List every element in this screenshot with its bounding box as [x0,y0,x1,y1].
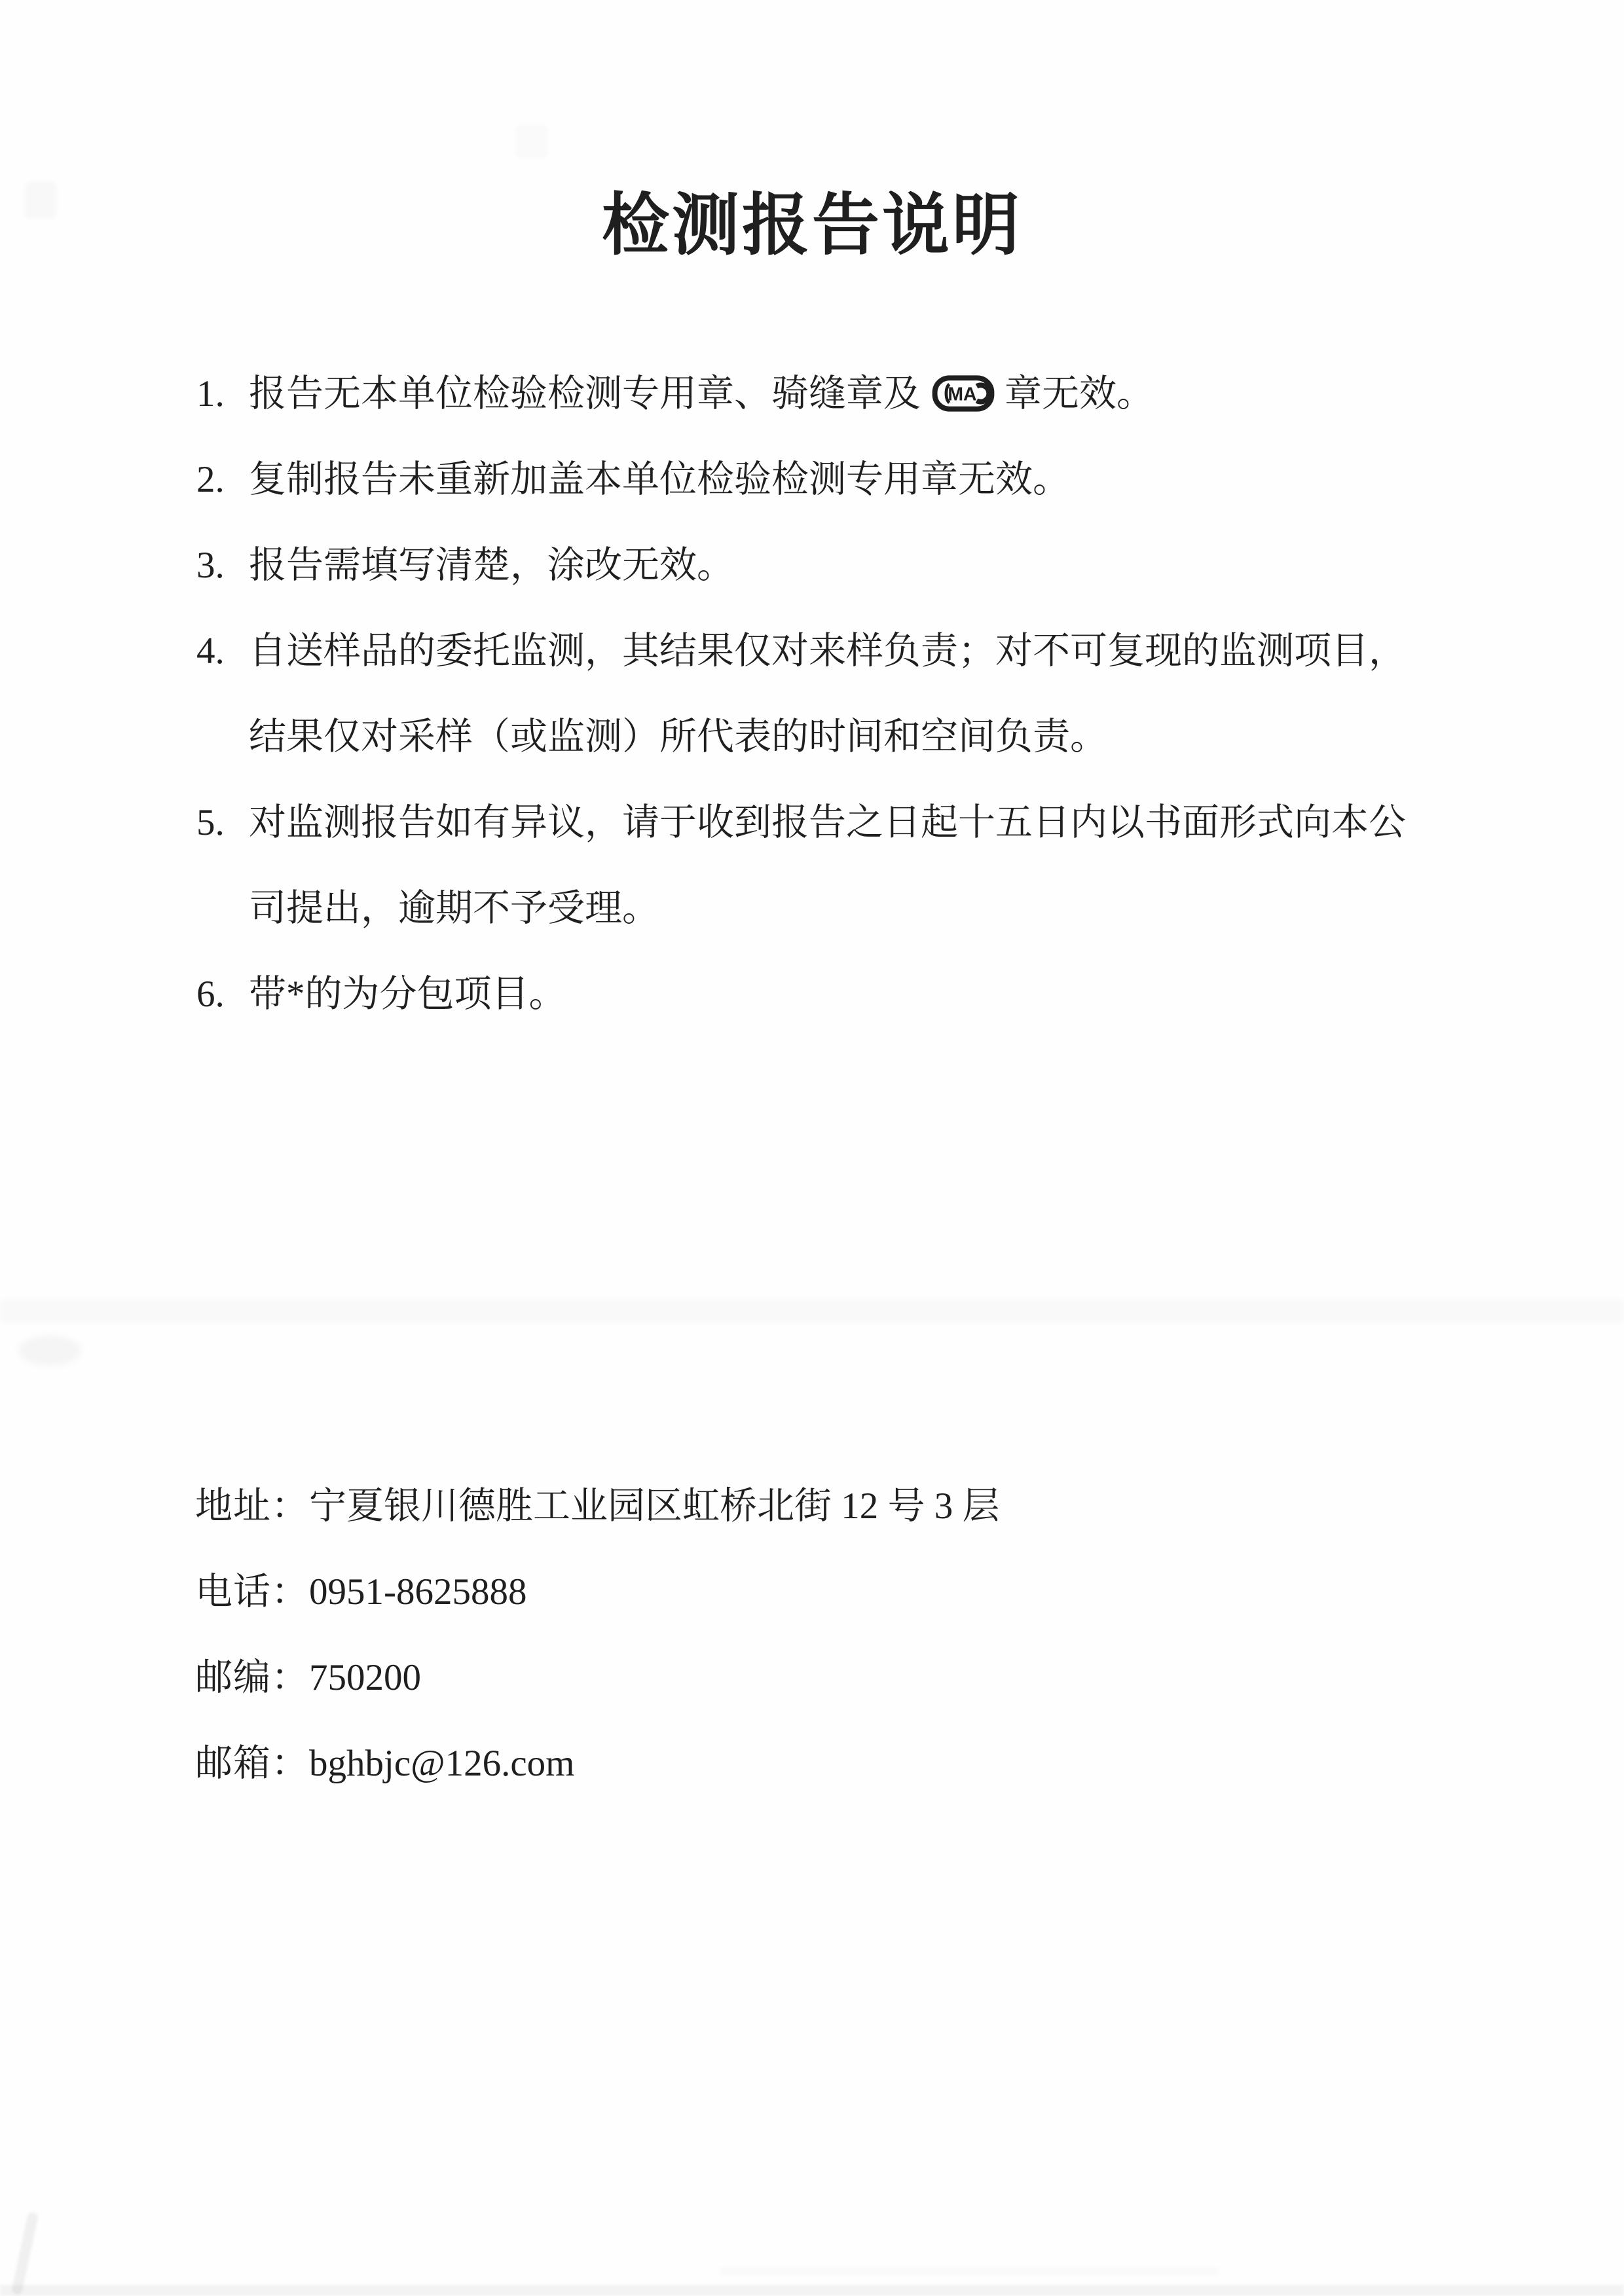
report-notes-list: 1. 报告无本单位检验检测专用章、骑缝章及 MA 章无效。 2. 复制报告未重新… [196,351,1454,1037]
item-text: 自送样品的委托监测，其结果仅对来样负责；对不可复现的监测项目， 结果仅对采样（或… [249,608,1454,780]
item-text-after-stamp: 章无效。 [1005,373,1154,414]
address-value: 宁夏银川德胜工业园区虹桥北街 12 号 3 层 [309,1485,1000,1527]
scan-artifact [0,2285,1624,2296]
item-number: 2. [196,437,249,522]
cma-stamp-letters: MA [948,384,976,405]
list-item: 6. 带*的为分包项目。 [196,951,1454,1037]
postcode-value: 750200 [309,1657,421,1698]
list-item: 3. 报告需填写清楚，涂改无效。 [196,522,1454,608]
email-value: bghbjc@126.com [309,1743,575,1784]
phone-label: 电话： [195,1571,309,1613]
scan-artifact [516,124,547,158]
scan-artifact [720,2267,1218,2275]
list-item: 1. 报告无本单位检验检测专用章、骑缝章及 MA 章无效。 [196,351,1454,437]
item-text: 报告无本单位检验检测专用章、骑缝章及 MA 章无效。 [249,351,1454,437]
contact-row-phone: 电话：0951-8625888 [195,1549,1000,1635]
item-number: 4. [196,608,249,694]
scanned-document-page: 检测报告说明 1. 报告无本单位检验检测专用章、骑缝章及 MA 章无效。 2. … [0,0,1624,2296]
item-number: 5. [196,780,249,866]
contact-row-email: 邮箱：bghbjc@126.com [195,1721,1000,1806]
item-text: 对监测报告如有异议，请于收到报告之日起十五日内以书面形式向本公 司提出，逾期不予… [249,780,1454,951]
postcode-label: 邮编： [195,1657,309,1698]
scan-artifact [11,2212,39,2296]
scan-artifact [18,1336,81,1366]
item-text-before-stamp: 报告无本单位检验检测专用章、骑缝章及 [249,373,921,414]
item-number: 3. [196,522,249,608]
item-text: 报告需填写清楚，涂改无效。 [249,522,1454,608]
item-number: 1. [196,351,249,437]
item-text: 带*的为分包项目。 [249,951,1454,1037]
contact-row-address: 地址：宁夏银川德胜工业园区虹桥北街 12 号 3 层 [195,1463,1000,1549]
list-item: 5. 对监测报告如有异议，请于收到报告之日起十五日内以书面形式向本公 司提出，逾… [196,780,1454,951]
contact-info-block: 地址：宁夏银川德胜工业园区虹桥北街 12 号 3 层 电话：0951-86258… [195,1463,1000,1806]
item-number: 6. [196,951,249,1037]
email-label: 邮箱： [195,1743,309,1784]
address-label: 地址： [195,1485,309,1527]
phone-value: 0951-8625888 [309,1571,526,1613]
scan-artifact [0,1300,1624,1323]
item-text: 复制报告未重新加盖本单位检验检测专用章无效。 [249,437,1454,522]
list-item: 2. 复制报告未重新加盖本单位检验检测专用章无效。 [196,437,1454,522]
list-item: 4. 自送样品的委托监测，其结果仅对来样负责；对不可复现的监测项目， 结果仅对采… [196,608,1454,780]
cma-stamp-icon: MA [931,374,995,413]
page-title: 检测报告说明 [0,185,1624,267]
contact-row-postcode: 邮编：750200 [195,1635,1000,1721]
